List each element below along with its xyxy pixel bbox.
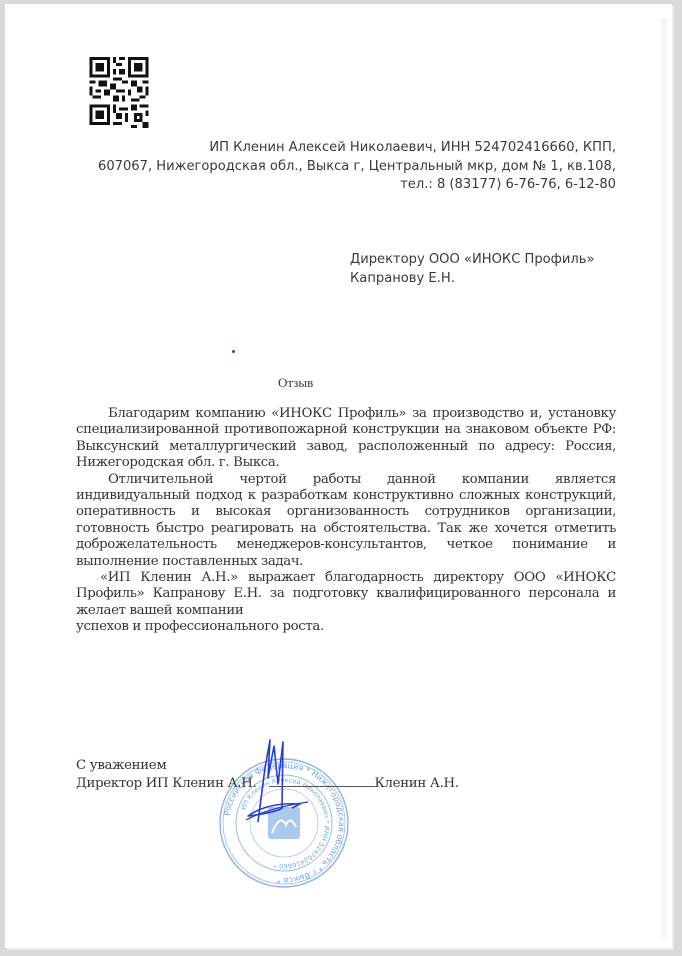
letter-body: Благодарим компанию «ИНОКС Профиль» за п… [76, 406, 616, 636]
signature-row: Директор ИП Кленин А.Н.Кленин А.Н. [76, 775, 459, 793]
sender-phone-line: тел.: 8 (83177) 6-76-76, 6-12-80 [96, 176, 616, 195]
sender-address-line: 607067, Нижегородская обл., Выкса г, Цен… [96, 158, 616, 177]
paragraph-wishes: успехов и профессионального роста. [76, 619, 616, 635]
recipient-position: Директору ООО «ИНОКС Профиль» [350, 251, 595, 270]
signer-position: Директор ИП Кленин А.Н. [76, 776, 257, 791]
document-title: Отзыв [278, 375, 313, 391]
closing-regards: С уважением [76, 758, 459, 775]
sender-name-line: ИП Кленин Алексей Николаевич, ИНН 524702… [96, 139, 616, 158]
signature-line [269, 775, 375, 787]
qr-code-icon [86, 51, 152, 131]
paragraph-features: Отличительной чертой работы данной компа… [76, 472, 616, 570]
paragraph-thanks: Благодарим компанию «ИНОКС Профиль» за п… [76, 406, 616, 472]
page-edge-shadow [661, 18, 667, 938]
closing-block: С уважением Директор ИП Кленин А.Н.Клени… [76, 758, 459, 792]
signer-name: Кленин А.Н. [375, 776, 459, 791]
paragraph-gratitude: «ИП Кленин А.Н.» выражает благодарность … [76, 570, 616, 619]
recipient-block: Директору ООО «ИНОКС Профиль» Капранову … [350, 251, 595, 288]
ink-dot [232, 350, 235, 353]
sender-details: ИП Кленин Алексей Николаевич, ИНН 524702… [96, 139, 616, 195]
recipient-name: Капранову Е.Н. [350, 270, 595, 289]
